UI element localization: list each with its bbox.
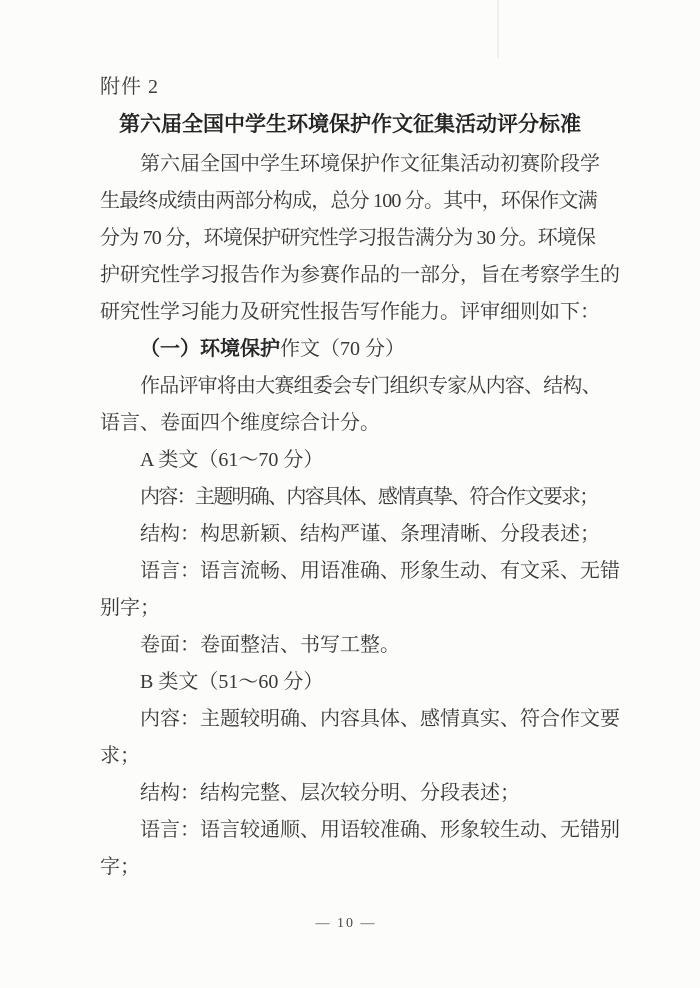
document-body: 第六届全国中学生环境保护作文征集活动初赛阶段学 生最终成绩由两部分构成，总分 1… [100, 146, 620, 886]
page-number: — 10 — [0, 916, 692, 932]
grade-b-criteria-line: 语言：语言较通顺、用语较准确、形象较生动、无错别 [100, 812, 620, 849]
section-one-heading-emphasis: （一）环境保护 [140, 338, 280, 360]
attachment-label: 附件 2 [100, 72, 159, 102]
section-one-heading: （一）环境保护作文（70 分） [100, 331, 620, 368]
grade-b-criteria-line: 内容：主题较明确、内容具体、感情真实、符合作文要 [100, 701, 620, 738]
intro-line: 护研究性学习报告作为参赛作品的一部分，旨在考察学生的 [100, 257, 620, 294]
intro-line: 第六届全国中学生环境保护作文征集活动初赛阶段学 [100, 146, 620, 183]
grade-b-criteria-line: 字； [100, 849, 620, 886]
intro-line: 生最终成绩由两部分构成，总分 100 分。其中，环保作文满 [100, 183, 620, 220]
grade-b-criteria-line: 结构：结构完整、层次较分明、分段表述； [100, 775, 620, 812]
section-one-heading-normal: 作文（70 分） [280, 338, 405, 360]
intro-line: 研究性学习能力及研究性报告写作能力。评审细则如下： [100, 294, 620, 331]
grade-a-label: A 类文（61～70 分） [100, 442, 620, 479]
document-title: 第六届全国中学生环境保护作文征集活动评分标准 [100, 104, 600, 144]
grade-a-criteria-line: 结构：构思新颖、结构严谨、条理清晰、分段表述； [100, 516, 620, 553]
scan-artifact-line [497, 0, 499, 58]
scanned-document-page: 附件 2 第六届全国中学生环境保护作文征集活动评分标准 第六届全国中学生环境保护… [0, 0, 700, 988]
section-desc-line: 语言、卷面四个维度综合计分。 [100, 405, 620, 442]
grade-b-criteria-line: 求； [100, 738, 620, 775]
section-desc-line: 作品评审将由大赛组委会专门组织专家从内容、结构、 [100, 368, 620, 405]
grade-b-label: B 类文（51～60 分） [100, 664, 620, 701]
grade-a-criteria-line: 语言：语言流畅、用语准确、形象生动、有文采、无错 [100, 553, 620, 590]
intro-line: 分为 70 分，环境保护研究性学习报告满分为 30 分。环境保 [100, 220, 620, 257]
grade-a-criteria-line: 内容：主题明确、内容具体、感情真挚、符合作文要求； [100, 479, 620, 516]
grade-a-criteria-line: 别字； [100, 590, 620, 627]
grade-a-criteria-line: 卷面：卷面整洁、书写工整。 [100, 627, 620, 664]
